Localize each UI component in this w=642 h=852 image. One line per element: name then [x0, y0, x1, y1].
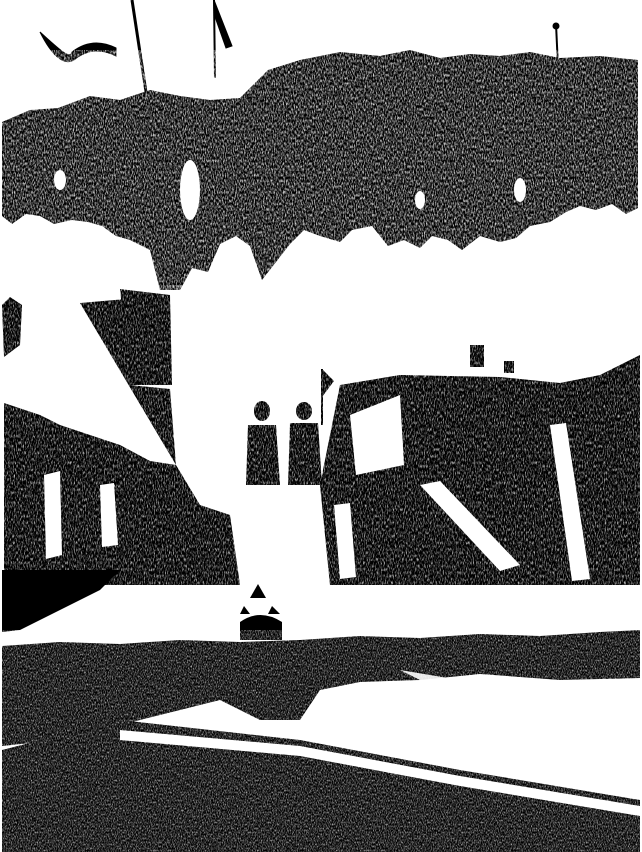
street-scene-illustration	[0, 285, 642, 585]
city-panorama-photo	[0, 570, 642, 852]
crowd-scene-illustration	[0, 0, 642, 290]
street-photo	[0, 285, 642, 585]
city-scene-illustration	[0, 570, 642, 852]
crowd-photo	[0, 0, 642, 290]
